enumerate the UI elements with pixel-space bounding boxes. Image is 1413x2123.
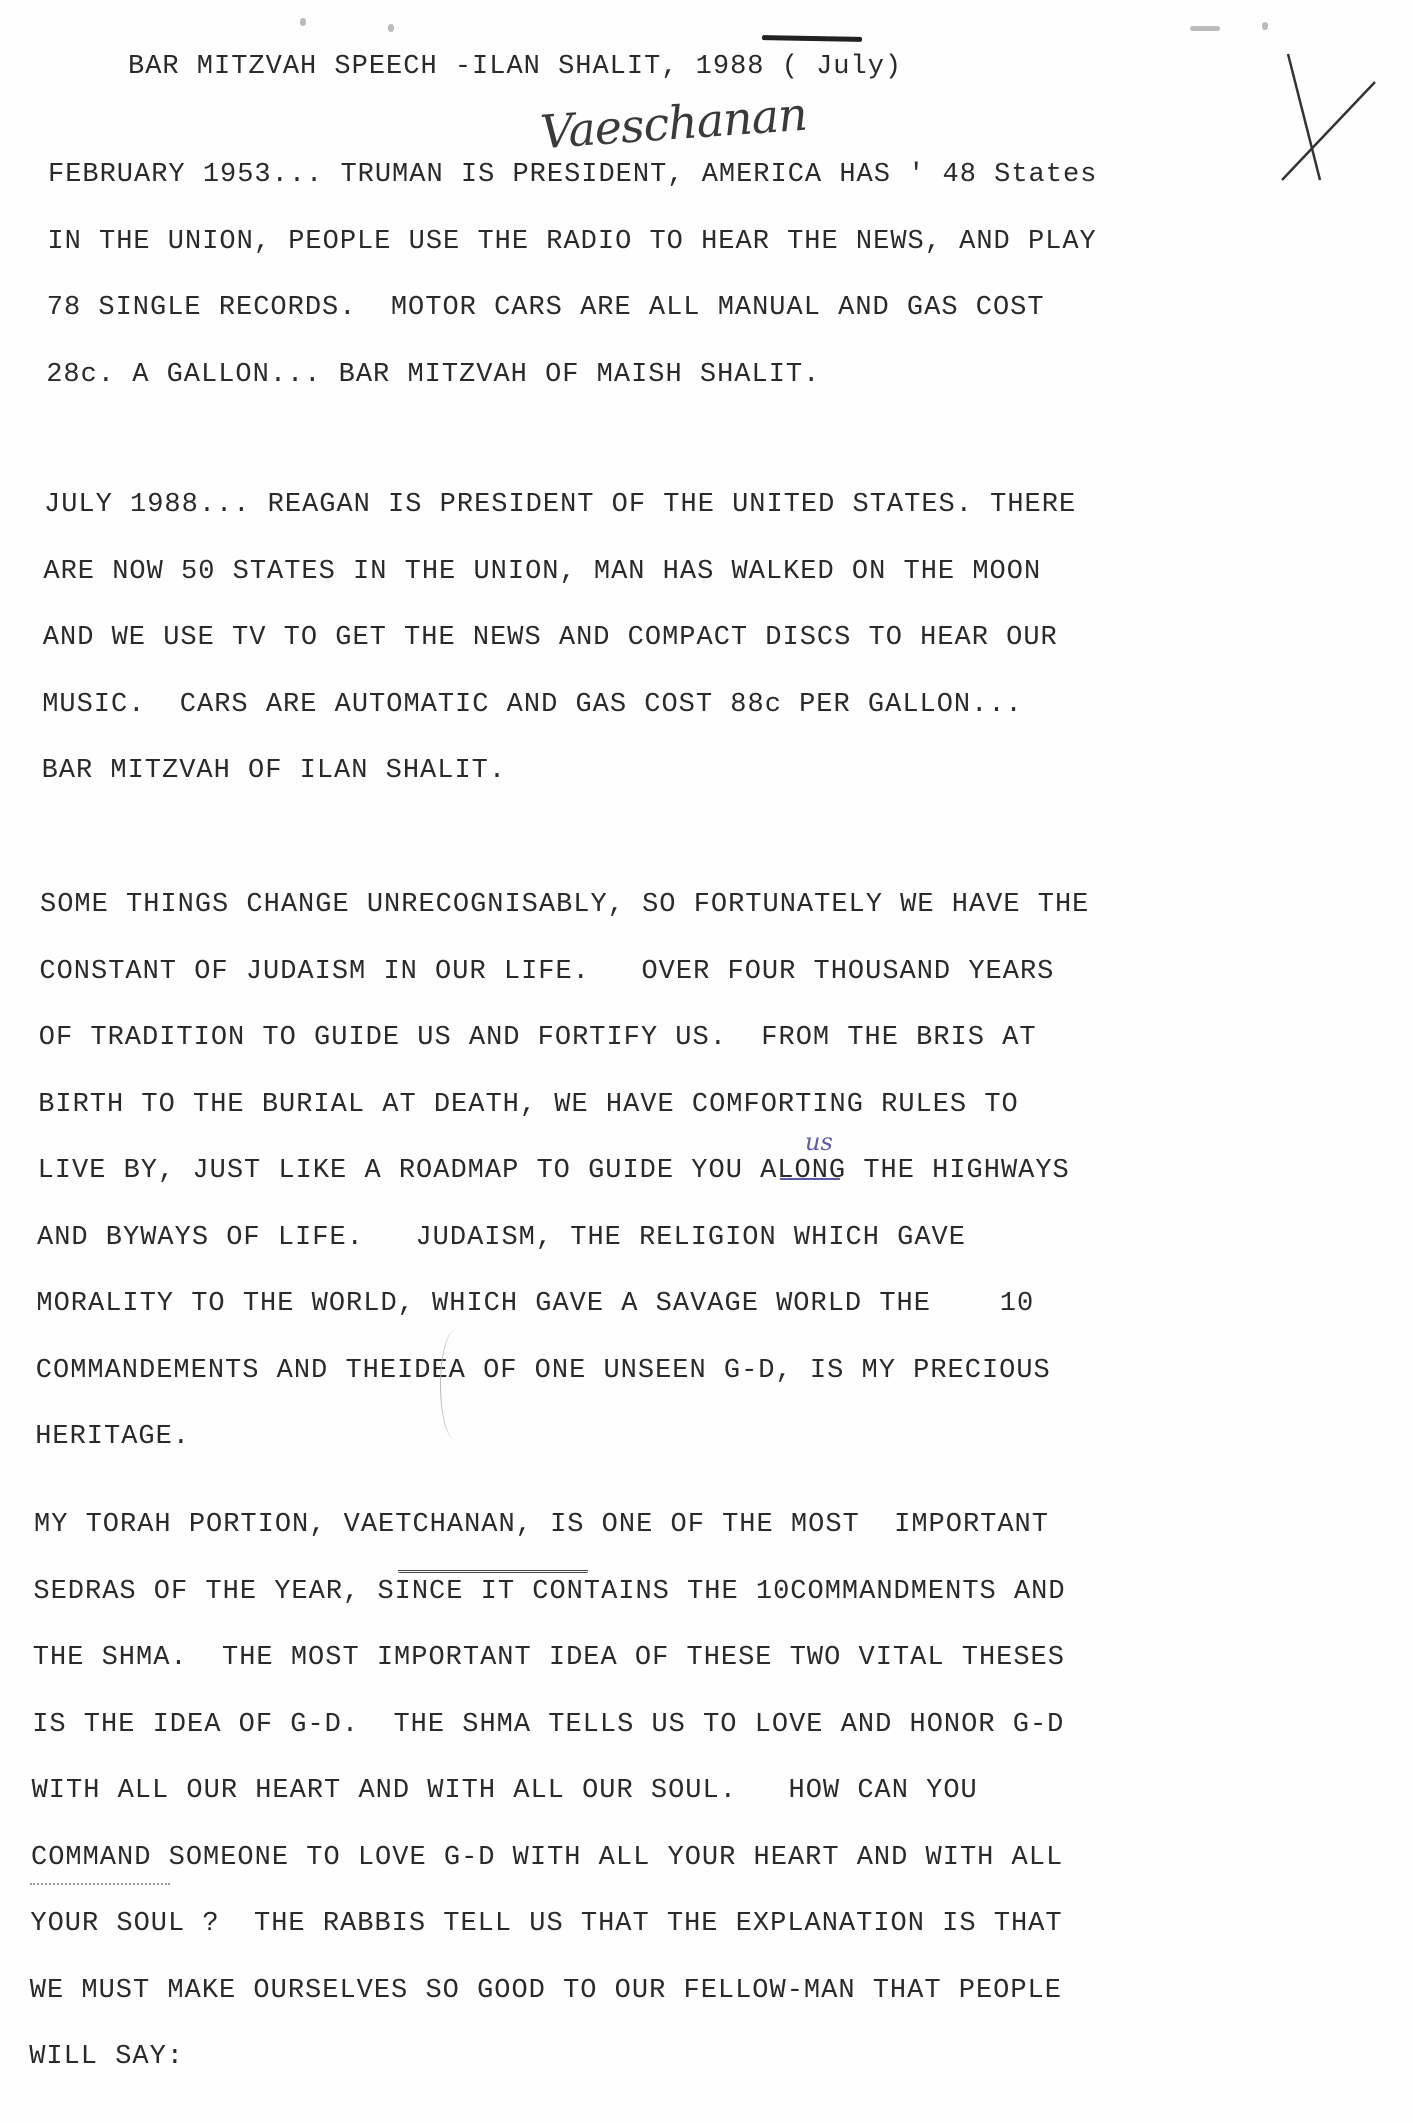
text-line: JULY 1988... REAGAN IS PRESIDENT OF THE … (44, 490, 1076, 520)
text-line: OF TRADITION TO GUIDE US AND FORTIFY US.… (39, 1023, 1037, 1053)
staple-mark (300, 18, 306, 26)
text-line: WILL SAY: (29, 2042, 184, 2072)
text-line: IN THE UNION, PEOPLE USE THE RADIO TO HE… (47, 227, 1096, 257)
staple-mark (1190, 26, 1220, 31)
text-line: MUSIC. CARS ARE AUTOMATIC AND GAS COST 8… (42, 690, 1023, 720)
text-line: YOUR SOUL ? THE RABBIS TELL US THAT THE … (30, 1909, 1062, 1939)
text-line: CONSTANT OF JUDAISM IN OUR LIFE. OVER FO… (39, 957, 1054, 987)
text-line: MY TORAH PORTION, VAETCHANAN, IS ONE OF … (34, 1510, 1049, 1540)
pencil-underline (30, 1875, 170, 1885)
text-line: THE SHMA. THE MOST IMPORTANT IDEA OF THE… (33, 1643, 1065, 1673)
pencil-mark (440, 1330, 471, 1440)
text-line: IS THE IDEA OF G-D. THE SHMA TELLS US TO… (32, 1710, 1064, 1740)
pen-stroke (762, 35, 862, 42)
handwritten-annotation: Vaeschanan (538, 87, 808, 159)
text-line: 28c. A GALLON... BAR MITZVAH OF MAISH SH… (46, 360, 820, 390)
text-line: WE MUST MAKE OURSELVES SO GOOD TO OUR FE… (30, 1976, 1062, 2006)
text-line: COMMAND SOMEONE TO LOVE G-D WITH ALL YOU… (31, 1843, 1063, 1873)
document-title: BAR MITZVAH SPEECH -ILAN SHALIT, 1988 ( … (128, 52, 902, 82)
handwritten-underline (398, 1568, 588, 1573)
text-line: 78 SINGLE RECORDS. MOTOR CARS ARE ALL MA… (47, 293, 1045, 323)
text-line: SOME THINGS CHANGE UNRECOGNISABLY, SO FO… (40, 890, 1089, 920)
text-line: BAR MITZVAH OF ILAN SHALIT. (42, 756, 506, 786)
text-line: WITH ALL OUR HEART AND WITH ALL OUR SOUL… (32, 1776, 978, 1806)
text-line: AND WE USE TV TO GET THE NEWS AND COMPAC… (43, 623, 1058, 653)
text-line: ARE NOW 50 STATES IN THE UNION, MAN HAS … (43, 557, 1041, 587)
strikethrough (780, 1178, 840, 1180)
text-line: HERITAGE. (35, 1422, 190, 1452)
text-line: BIRTH TO THE BURIAL AT DEATH, WE HAVE CO… (38, 1090, 1019, 1120)
text-line: COMMANDEMENTS AND THEIDEA OF ONE UNSEEN … (36, 1356, 1051, 1386)
scanned-page: BAR MITZVAH SPEECH -ILAN SHALIT, 1988 ( … (0, 0, 1413, 2123)
text-line: AND BYWAYS OF LIFE. JUDAISM, THE RELIGIO… (37, 1223, 966, 1253)
text-line: FEBRUARY 1953... TRUMAN IS PRESIDENT, AM… (48, 160, 1097, 190)
text-line: LIVE BY, JUST LIKE A ROADMAP TO GUIDE YO… (38, 1156, 1070, 1186)
staple-mark (1262, 22, 1268, 30)
staple-mark (388, 24, 394, 32)
text-line: MORALITY TO THE WORLD, WHICH GAVE A SAVA… (36, 1289, 1034, 1319)
handwritten-correction: us (805, 1128, 833, 1156)
text-line: SEDRAS OF THE YEAR, SINCE IT CONTAINS TH… (33, 1577, 1065, 1607)
x-mark-icon (1280, 52, 1380, 182)
